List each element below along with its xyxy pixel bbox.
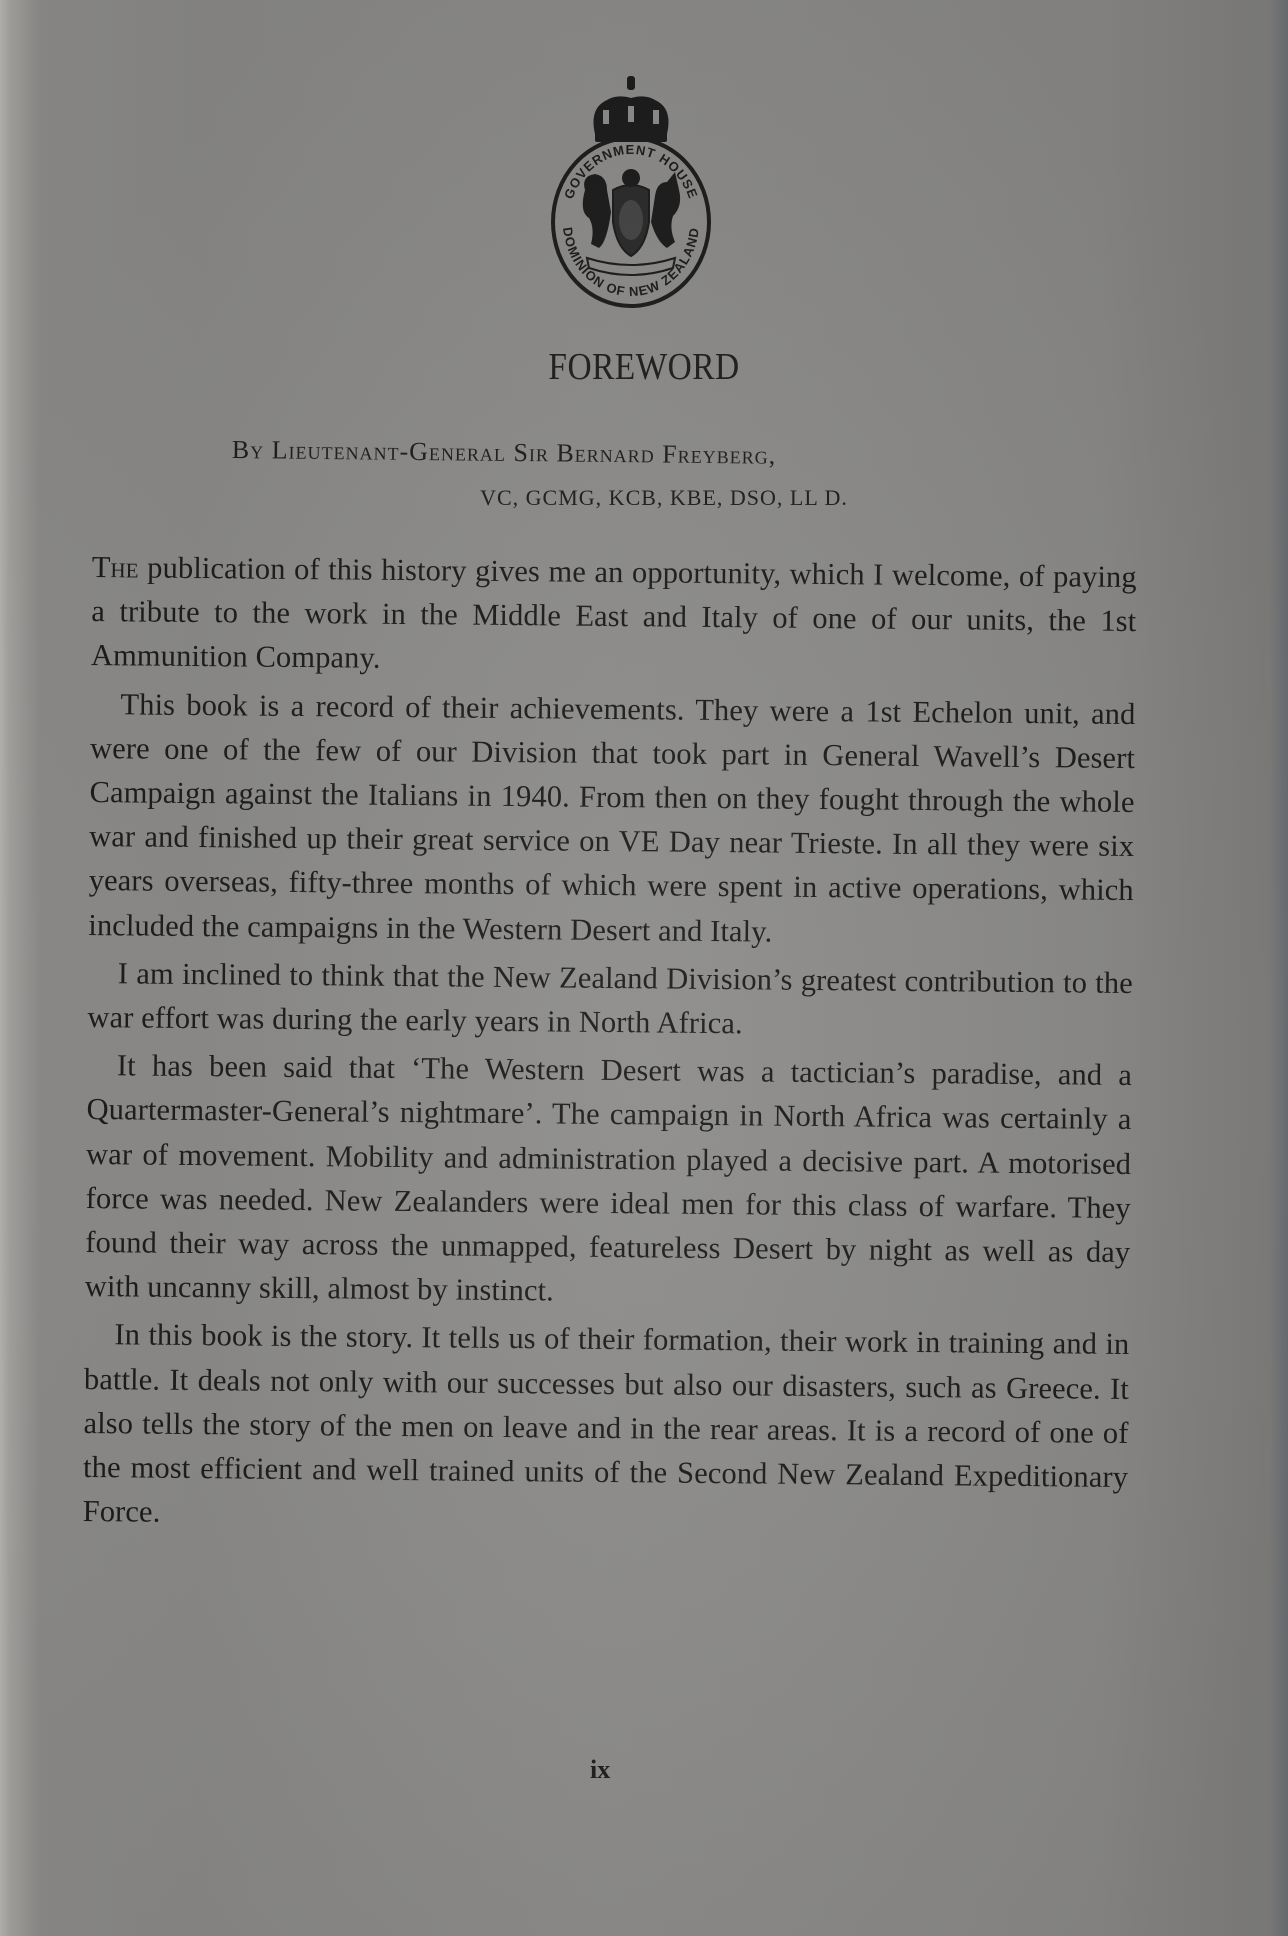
government-house-crest-icon: GOVERNMENT HOUSE DOMINION OF NEW ZEALAND bbox=[545, 72, 717, 312]
author-byline: By Lieutenant-General Sir Bernard Freybe… bbox=[232, 435, 1032, 473]
paragraph: This book is a record of their achieveme… bbox=[88, 682, 1135, 957]
paragraph: In this book is the story. It tells us o… bbox=[83, 1312, 1130, 1543]
paragraph: It has been said that ‘The Western Deser… bbox=[85, 1043, 1132, 1318]
paragraph: The publication of this history gives me… bbox=[91, 545, 1137, 688]
author-honors: VC, GCMG, KCB, KBE, DSO, LL D. bbox=[0, 485, 1288, 511]
page-number: ix bbox=[590, 1755, 610, 1785]
paragraph-lead-word: The bbox=[92, 550, 139, 584]
page-title: FOREWORD bbox=[77, 345, 1210, 389]
foreword-body: The publication of this history gives me… bbox=[82, 545, 1136, 1547]
paragraph: I am inclined to think that the New Zeal… bbox=[87, 951, 1133, 1049]
book-page: GOVERNMENT HOUSE DOMINION OF NEW ZEALAND… bbox=[0, 0, 1288, 1936]
